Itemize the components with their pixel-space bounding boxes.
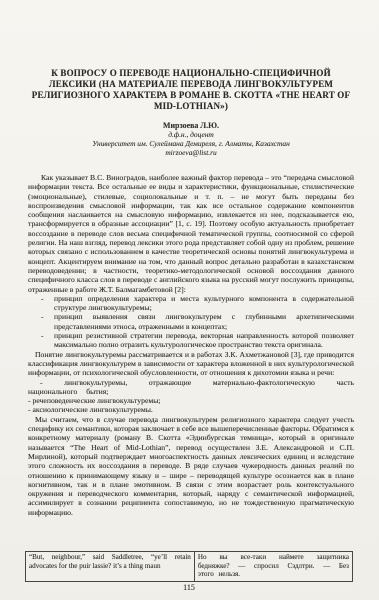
classification-list: лингвокультуремы, отражающие материально… [28, 378, 354, 415]
author-degree: д.ф.н., доцент [28, 130, 354, 139]
principles-list: принцип определения характера и места ку… [28, 294, 354, 350]
paragraph-analysis: Мы считаем, что в случае перевода лингво… [28, 415, 354, 517]
table-row: “But, neighbour,” said Saddletree, “ye’l… [26, 551, 353, 581]
principle-item-2: принцип выявления связи лингвокультурем … [28, 312, 354, 331]
article-body: Как указывает В.С. Виноградов, наиболее … [28, 173, 354, 517]
example-table: “But, neighbour,” said Saddletree, “ye’l… [25, 551, 353, 582]
scanned-paper-page: К ВОПРОСУ О ПЕРЕВОДЕ НАЦИОНАЛЬНО-СПЕЦИФИ… [0, 0, 379, 600]
paragraph-intro: Как указывает В.С. Виноградов, наиболее … [28, 173, 354, 294]
author-email: mirzoeva@list.ru [28, 148, 354, 157]
principle-item-3: принцип резистивной стратегии перевода, … [28, 331, 354, 350]
author-block: Мирзоева Л.Ю. д.ф.н., доцент Университет… [28, 121, 354, 157]
page-footer: “But, neighbour,” said Saddletree, “ye’l… [25, 551, 353, 593]
example-translation-cell: Но вы все-таки наймете защитника бедняжк… [194, 551, 352, 581]
author-affiliation: Университет им. Сулеймана Демиреля, г. А… [28, 139, 354, 148]
page-number: 115 [25, 583, 353, 593]
classification-item-1: лингвокультуремы, отражающие материально… [28, 378, 354, 397]
classification-item-3: аксиологические лингвокультуремы. [28, 405, 354, 414]
classification-item-2: речеповеденческие лингвокультуремы; [28, 396, 354, 405]
paragraph-classification: Понятие лингвокультуремы рассматривается… [28, 350, 354, 378]
paper-title: К ВОПРОСУ О ПЕРЕВОДЕ НАЦИОНАЛЬНО-СПЕЦИФИ… [28, 68, 354, 112]
principle-item-1: принцип определения характера и места ку… [28, 294, 354, 313]
author-name: Мирзоева Л.Ю. [28, 121, 354, 130]
example-source-cell: “But, neighbour,” said Saddletree, “ye’l… [26, 551, 195, 581]
